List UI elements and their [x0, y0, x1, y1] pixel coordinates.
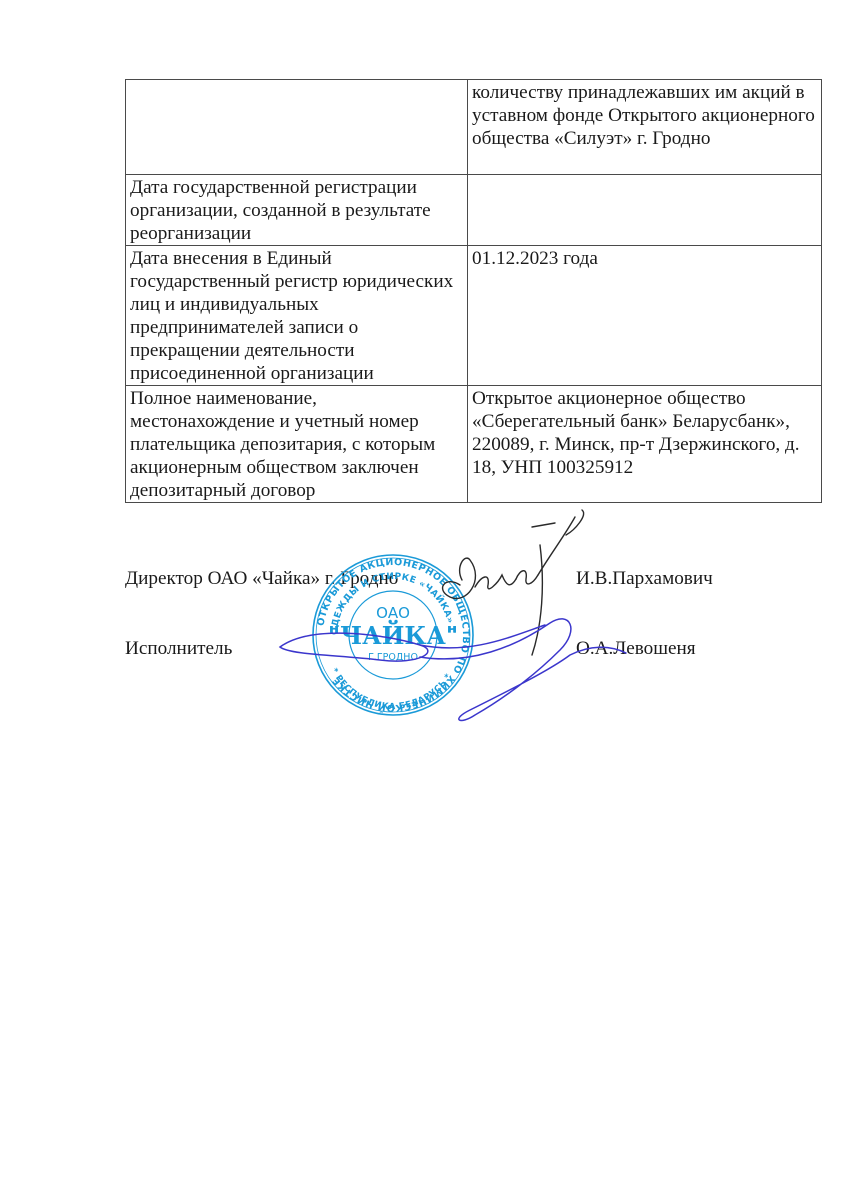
svg-text:ОАО: ОАО	[376, 604, 410, 622]
row-value: количеству принадлежавших им акций в уст…	[468, 80, 822, 175]
director-name: И.В.Пархамович	[576, 567, 713, 590]
organization-info-table: количеству принадлежавших им акций в уст…	[125, 79, 822, 503]
row-label: Дата внесения в Единый государственный р…	[126, 246, 468, 386]
executor-name: О.А.Левошеня	[576, 637, 696, 660]
document-page: количеству принадлежавших им акций в уст…	[0, 0, 848, 1200]
row-label: Полное наименование, местонахождение и у…	[126, 386, 468, 503]
row-value: 01.12.2023 года	[468, 246, 822, 386]
svg-text:Г.ГРОДНО: Г.ГРОДНО	[368, 652, 418, 663]
table-row: Дата внесения в Единый государственный р…	[126, 246, 822, 386]
executor-label: Исполнитель	[125, 637, 232, 660]
row-label	[126, 80, 468, 175]
svg-text:* РЕСПУБЛИКА БЕЛАРУСЬ *: * РЕСПУБЛИКА БЕЛАРУСЬ *	[329, 667, 454, 712]
row-label: Дата государственной регистрации организ…	[126, 175, 468, 246]
table-row: Дата государственной регистрации организ…	[126, 175, 822, 246]
company-stamp-icon: ОТКРЫТОЕ АКЦИОНЕРНОЕ ОБЩЕСТВО ПО ХИМИЧЕС…	[310, 552, 476, 718]
table-row: Полное наименование, местонахождение и у…	[126, 386, 822, 503]
svg-text:"ЧАЙКА": "ЧАЙКА"	[328, 619, 459, 650]
table-row: количеству принадлежавших им акций в уст…	[126, 80, 822, 175]
row-value: Открытое акционерное общество «Сберегате…	[468, 386, 822, 503]
row-value	[468, 175, 822, 246]
